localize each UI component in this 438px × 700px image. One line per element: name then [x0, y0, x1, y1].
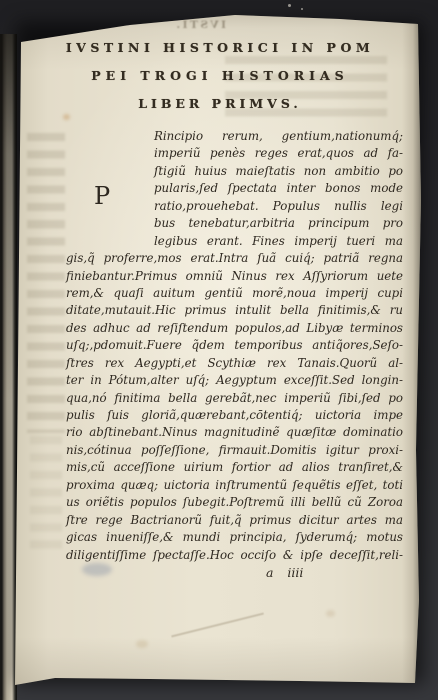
text-line: ſtre rege Bactrianorũ fuit,q̃ primus dic… [66, 512, 403, 529]
text-line: pulis ſuis gloriã,quærebant,cōtentiq́; u… [66, 407, 403, 424]
text-line: rio abſtinebant.Ninus magnitudinẽ quæſit… [66, 424, 403, 441]
text-line: finiebantur.Primus omniũ Ninus rex Aſſyr… [66, 268, 403, 285]
surface-scratch [171, 613, 264, 637]
text-line: nis,cótinua poſſeſſione, firmauit.Domiti… [66, 442, 403, 459]
showthrough-lines [30, 436, 62, 556]
signature-mark: a iiii [266, 565, 303, 580]
text-line: Rincipio rerum, gentium,nationumq́; [154, 128, 403, 145]
fox-spot [136, 640, 148, 648]
text-line: rem,& quaſi auitum gentiũ morẽ,noua impe… [66, 285, 403, 302]
text-line: des adhuc ad reſiſtendum populos,ad Liby… [66, 320, 403, 337]
fox-spot [326, 610, 335, 617]
text-line: ratio,prouehebat. Populus nullis legi [154, 198, 403, 215]
page-title-line-2: PEI TROGI HISTORIAS [38, 68, 402, 83]
underleaf-shadow [0, 34, 17, 700]
text-line: proxima quæq; uictoria inſtrumentũ ſequẽ… [66, 477, 403, 494]
section-heading: LIBER PRIMVS. [38, 96, 402, 111]
text-line: ſtigiũ huius maieſtatis non ambitio po [154, 163, 403, 180]
text-line: ſtres rex Aegypti,et Scythiæ rex Tanais.… [66, 355, 403, 372]
dust-speck [288, 4, 291, 7]
dust-speck [301, 8, 303, 10]
text-line: uſq;,pdomuit.Fuere q̃dem temporibus anti… [66, 337, 403, 354]
text-line: gis,q̃ proferre,mos erat.Intra ſuã cuiq́… [66, 250, 403, 267]
text-line: ter in Pótum,alter uſq́; Aegyptum exceſſ… [66, 372, 403, 389]
book-page: IVSTI. IVSTINI HISTORICI IN POM PEI TROG… [0, 0, 438, 700]
text-line: us oriẽtis populos ſubegit.Poſtremũ illi… [66, 494, 403, 511]
text-line: pularis,ſed ſpectata inter bonos mode [154, 180, 403, 197]
showthrough-lines [27, 133, 65, 433]
stamp-smudge [82, 563, 112, 576]
text-line: mis,cũ acceſſione uirium fortior ad alio… [66, 459, 403, 476]
body-text: Rincipio rerum, gentium,nationumq́;imper… [66, 128, 403, 564]
text-line: diligentiſſime ſpectaſſe.Hoc occiſo & ip… [66, 547, 403, 564]
photo-of-book: IVSTI. IVSTINI HISTORICI IN POM PEI TROG… [0, 0, 438, 700]
text-line: gicas inueniſſe,& mundi principia, ſyder… [66, 529, 403, 546]
text-line: qua,nó finitima bella gerebãt,nec imperi… [66, 390, 403, 407]
showthrough-header-text: IVSTI. [140, 19, 260, 31]
text-line: legibus erant. Fines imperij tueri ma [154, 233, 403, 250]
fox-spot [63, 114, 70, 120]
text-line: imperiũ penès reges erat,quos ad fa- [154, 145, 403, 162]
text-line: ditate,mutauit.Hic primus intulit bella … [66, 302, 403, 319]
text-line: bus tenebatur,arbitria principum pro [154, 215, 403, 232]
page-title-line-1: IVSTINI HISTORICI IN POM [38, 40, 402, 55]
